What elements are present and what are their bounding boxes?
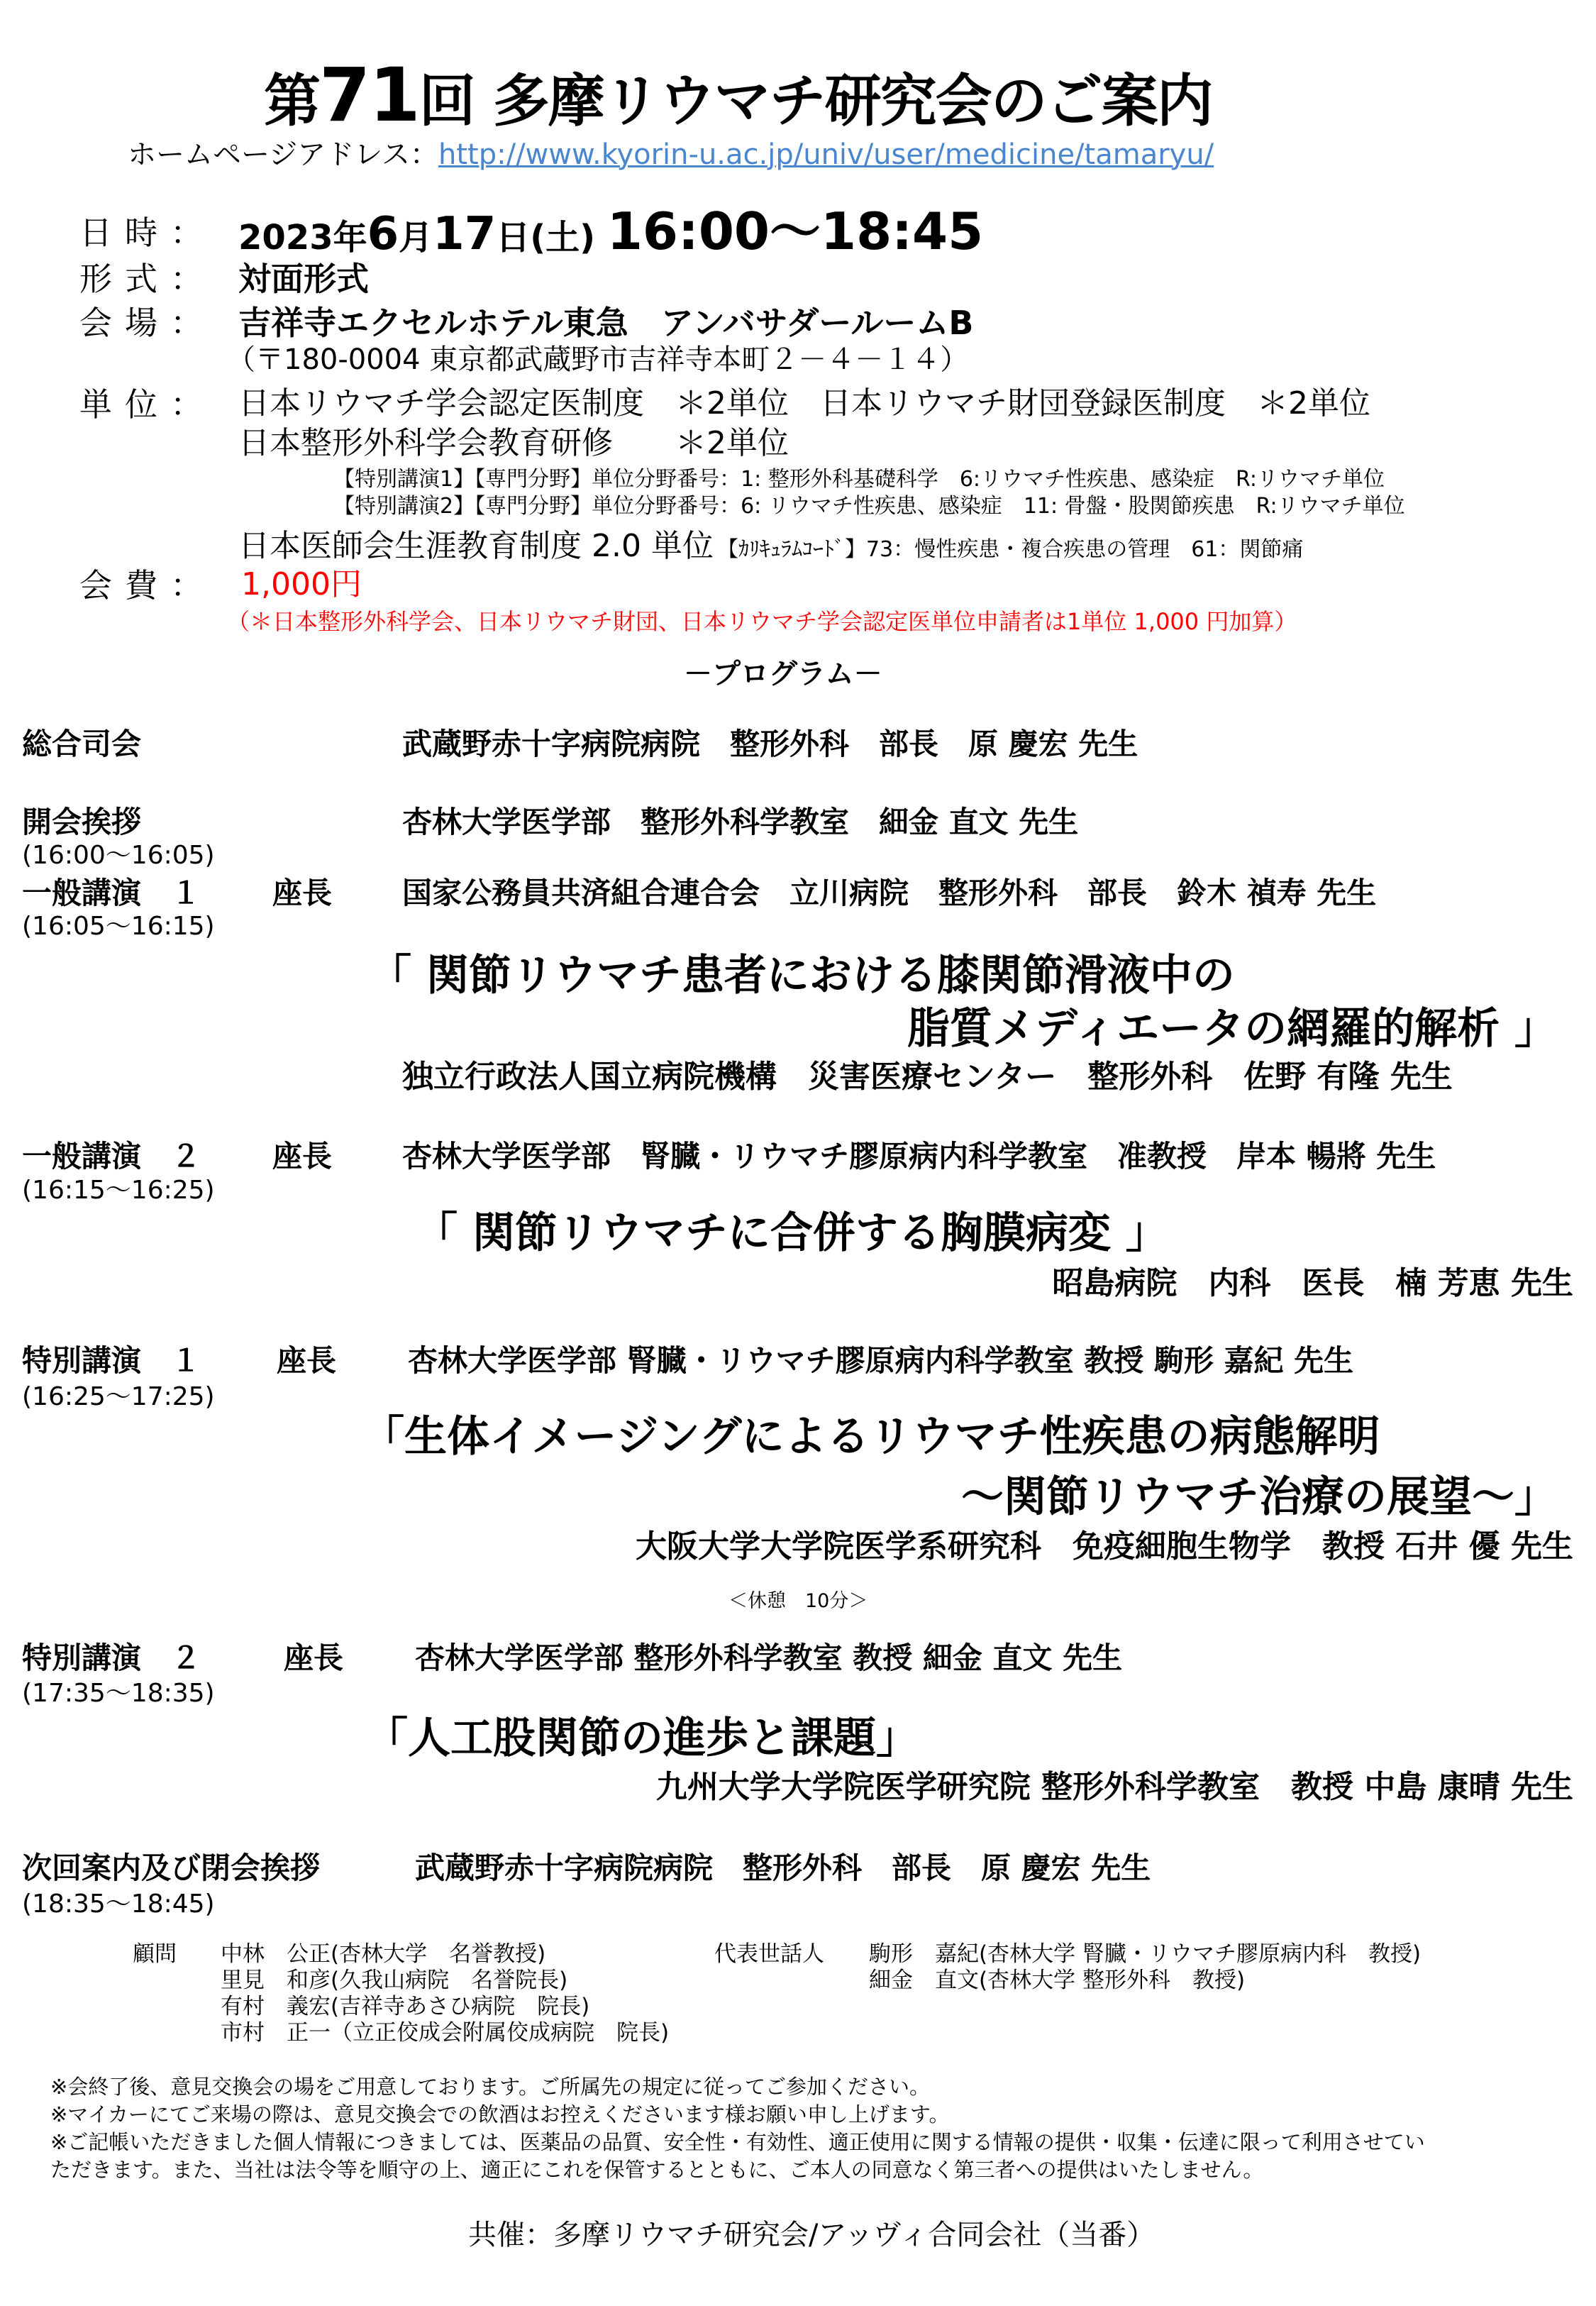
program-item-person: 杏林大学医学部 腎臓・リウマチ膠原病内科学教室 教授 駒形 嘉紀 先生 (408, 1346, 1353, 1376)
program-item-name: 総合司会 (22, 729, 141, 759)
lecture-title-line1: 「 関節リウマチに合併する胸膜病変 」 (415, 1212, 1168, 1254)
lecture-title-line2: 脂質メディエータの網羅的解析 」 (907, 1008, 1557, 1050)
homepage-link[interactable]: http://www.kyorin-u.ac.jp/univ/user/medi… (438, 138, 1214, 171)
program-item-name: 一般講演 １ (22, 878, 201, 908)
date-month: 6 (367, 208, 399, 260)
reps-label: 代表世話人 (714, 1941, 824, 1968)
format-value: 対面形式 (238, 263, 369, 295)
venue-address: （〒180-0004 東京都武蔵野市吉祥寺本町２－４－１４） (227, 346, 968, 374)
program-item-person: 武蔵野赤十字病院病院 整形外科 部長 原 慶宏 先生 (415, 1853, 1151, 1883)
event-time: 16:00～18:45 (607, 202, 983, 261)
jma-main: 日本医師会生涯教育制度 2.0 単位 (238, 528, 714, 564)
lecture-title-line2: ～関節リウマチ治療の展望～」 (961, 1476, 1557, 1518)
credits-line2: 日本整形外科学会教育研修 ＊2単位 (238, 428, 789, 459)
advisors-list: 中林 公正(杏林大学 名誉教授) 里見 和彦(久我山病院 名誉院長) 有村 義宏… (221, 1941, 669, 2046)
program-item-person: 国家公務員共済組合連合会 立川病院 整形外科 部長 鈴木 禎寿 先生 (402, 878, 1376, 908)
lecture-title-line1: 「人工股関節の進歩と課題」 (365, 1717, 919, 1760)
advisor: 市村 正一（立正佼成会附属佼成病院 院長) (221, 2020, 669, 2046)
chair-label: 座長 (272, 1142, 332, 1171)
lecture-title-line1: 「生体イメージングによるリウマチ性疾患の病態解明 (362, 1416, 1380, 1458)
program-item-name: 特別講演 １ (22, 1346, 201, 1376)
title-number: 71 (319, 52, 419, 138)
note-line: ※マイカーにてご来場の際は、意見交換会での飲酒はお控えくださいます様お願い申し上… (50, 2101, 1425, 2129)
program-heading: －プログラム－ (684, 660, 882, 688)
date-day: 17 (433, 208, 496, 260)
lecture-speaker: 大阪大学大学院医学系研究科 免疫細胞生物学 教授 石井 優 先生 (636, 1531, 1573, 1562)
format-label: 形式： (79, 263, 216, 295)
program-item-time: (16:00～16:05) (22, 843, 215, 868)
program-item-name: 一般講演 ２ (22, 1142, 201, 1171)
program-item-time: (16:15～16:25) (22, 1178, 215, 1203)
program-item-person: 杏林大学医学部 腎臓・リウマチ膠原病内科学教室 准教授 岸本 暢將 先生 (402, 1142, 1436, 1171)
homepage-label: ホームページアドレス： (128, 138, 438, 171)
jma-detail: 【ｶﾘｷｭﾗﾑｺｰﾄﾞ】73：慢性疾患・複合疾患の管理 61：関節痛 (717, 537, 1303, 562)
cohost: 共催：多摩リウマチ研究会/アッヴィ合同会社（当番） (468, 2221, 1155, 2249)
fee-note: （＊日本整形外科学会、日本リウマチ財団、日本リウマチ学会認定医単位申請者は1単位… (227, 610, 1297, 633)
program-item-name: 開会挨拶 (22, 807, 141, 837)
venue-value: 吉祥寺エクセルホテル東急 アンバサダールームB (238, 307, 973, 339)
datetime-value: 2023年6月17日(土) 16:00～18:45 (238, 206, 983, 257)
lecture-speaker: 独立行政法人国立病院機構 災害医療センター 整形外科 佐野 有隆 先生 (402, 1061, 1453, 1093)
program-item-person: 杏林大学医学部 整形外科学教室 教授 細金 直文 先生 (415, 1643, 1122, 1673)
program-item-name: 次回案内及び閉会挨拶 (22, 1853, 320, 1883)
title-prefix: 第 (264, 68, 319, 134)
program-item-name: 特別講演 ２ (22, 1643, 201, 1673)
program-item-time: (18:35～18:45) (22, 1892, 215, 1917)
break-notice: ＜休憩 10分＞ (728, 1591, 868, 1611)
fee-value: 1,000円 (241, 569, 362, 600)
date-year: 2023年 (238, 218, 367, 258)
reps-list: 駒形 嘉紀(杏林大学 腎臓・リウマチ膠原病内科 教授) 細金 直文(杏林大学 整… (869, 1941, 1421, 1994)
note-line: ただきます。また、当社は法令等を順守の上、適正にこれを保管するとともに、ご本人の… (50, 2156, 1425, 2184)
datetime-label: 日時： (79, 216, 216, 249)
credits-special2: 【特別講演2】【専門分野】単位分野番号：6: リウマチ性疾患、感染症 11: 骨… (333, 496, 1405, 517)
note-line: ※ご記帳いただきました個人情報につきましては、医薬品の品質、安全性・有効性、適正… (50, 2129, 1425, 2156)
venue-label: 会場： (79, 307, 216, 339)
representative: 細金 直文(杏林大学 整形外科 教授) (869, 1968, 1421, 1994)
program-item-time: (17:35～18:35) (22, 1681, 215, 1706)
date-month-unit: 月 (399, 218, 433, 258)
page-title: 第71回 多摩リウマチ研究会のご案内 (264, 58, 1212, 132)
program-item-time: (16:25～17:25) (22, 1384, 215, 1410)
chair-label: 座長 (277, 1346, 336, 1376)
chair-label: 座長 (284, 1643, 343, 1673)
note-line: ※会終了後、意見交換会の場をご用意しております。ご所属先の規定に従ってご参加くだ… (50, 2073, 1425, 2101)
credits-special1: 【特別講演1】【専門分野】単位分野番号：1: 整形外科基礎科学 6:リウマチ性疾… (333, 469, 1385, 490)
advisors-label: 顧問 (133, 1941, 177, 1968)
credits-label: 単位： (79, 388, 216, 421)
advisor: 中林 公正(杏林大学 名誉教授) (221, 1941, 669, 1968)
credits-jma: 日本医師会生涯教育制度 2.0 単位 【ｶﾘｷｭﾗﾑｺｰﾄﾞ】73：慢性疾患・複… (238, 531, 1303, 562)
chair-label: 座長 (272, 878, 332, 908)
title-main: 多摩リウマチ研究会のご案内 (493, 68, 1212, 134)
representative: 駒形 嘉紀(杏林大学 腎臓・リウマチ膠原病内科 教授) (869, 1941, 1421, 1968)
lecture-speaker: 九州大学大学院医学研究院 整形外科学教室 教授 中島 康晴 先生 (656, 1772, 1573, 1803)
fee-label: 会費： (79, 569, 216, 602)
lecture-title-line1: 「 関節リウマチ患者における膝関節滑液中の (369, 954, 1235, 997)
advisor: 里見 和彦(久我山病院 名誉院長) (221, 1968, 669, 1994)
credits-line1: 日本リウマチ学会認定医制度 ＊2単位 日本リウマチ財団登録医制度 ＊2単位 (238, 388, 1370, 419)
notes: ※会終了後、意見交換会の場をご用意しております。ご所属先の規定に従ってご参加くだ… (50, 2073, 1425, 2184)
lecture-speaker: 昭島病院 内科 医長 楠 芳恵 先生 (1052, 1268, 1573, 1299)
title-counter: 回 (419, 68, 475, 134)
program-item-time: (16:05～16:15) (22, 914, 215, 939)
date-day-unit: 日(土) (496, 218, 595, 258)
program-item-person: 武蔵野赤十字病院病院 整形外科 部長 原 慶宏 先生 (402, 729, 1138, 759)
homepage-line: ホームページアドレス：http://www.kyorin-u.ac.jp/uni… (128, 140, 1214, 169)
program-item-person: 杏林大学医学部 整形外科学教室 細金 直文 先生 (402, 807, 1078, 837)
advisor: 有村 義宏(吉祥寺あさひ病院 院長) (221, 1994, 669, 2020)
